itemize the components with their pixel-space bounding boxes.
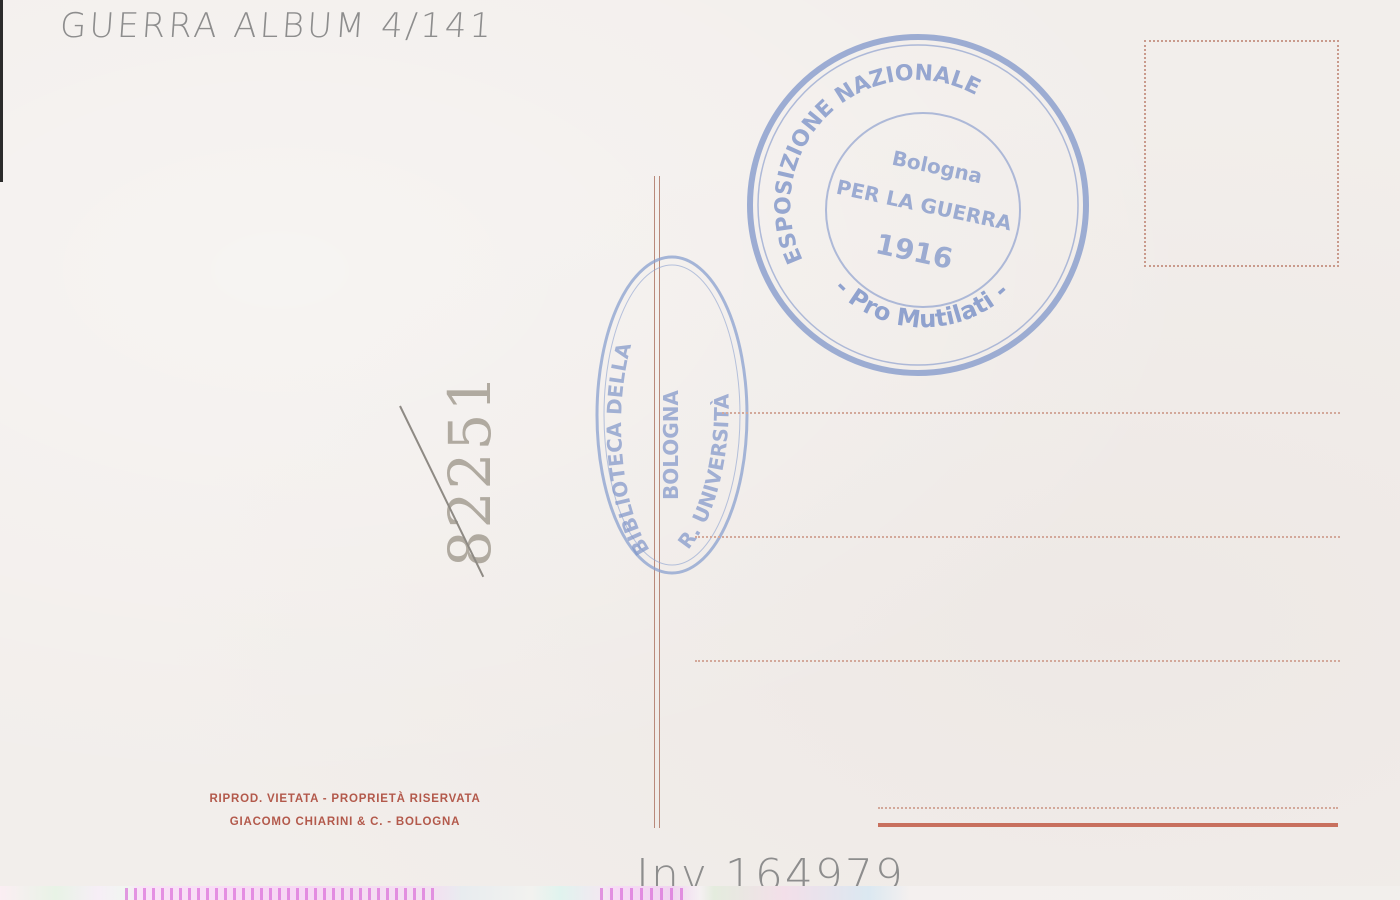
svg-text:1916: 1916 <box>873 227 956 275</box>
address-line-3 <box>695 660 1340 662</box>
scan-artifact-band <box>0 886 1400 900</box>
address-line-1 <box>722 412 1340 414</box>
exhibition-round-stamp: ESPOSIZIONE NAZIONALE - Pro Mutilati - B… <box>743 30 1093 380</box>
svg-text:- Pro Mutilati -: - Pro Mutilati - <box>829 273 1014 334</box>
scan-artifact-stripes-2 <box>600 888 690 900</box>
svg-text:BOLOGNA: BOLOGNA <box>659 390 683 500</box>
address-line-2 <box>695 536 1340 538</box>
svg-text:BIBLIOTECA DELLA: BIBLIOTECA DELLA <box>602 340 654 560</box>
postcard-back: GUERRA ALBUM 4/141 82251 BIBLIOTECA DELL… <box>0 0 1400 900</box>
serial-number: 82251 <box>440 350 500 590</box>
svg-text:Bologna: Bologna <box>890 146 985 189</box>
publisher-imprint: RIPROD. VIETATA - PROPRIETÀ RISERVATA GI… <box>170 788 520 834</box>
publisher-name-line: GIACOMO CHIARINI & C. - BOLOGNA <box>170 811 520 834</box>
publisher-rights-line: RIPROD. VIETATA - PROPRIETÀ RISERVATA <box>170 788 520 811</box>
stamp-placement-box <box>1144 40 1339 267</box>
scan-edge <box>0 0 3 182</box>
svg-text:PER LA GUERRA: PER LA GUERRA <box>834 175 1014 236</box>
address-underline <box>878 823 1338 827</box>
scan-artifact-stripes <box>125 888 440 900</box>
library-oval-stamp: BIBLIOTECA DELLA R. UNIVERSITÀ BOLOGNA <box>590 250 755 580</box>
address-line-4 <box>878 807 1338 809</box>
handwritten-title: GUERRA ALBUM 4/141 <box>59 6 496 46</box>
